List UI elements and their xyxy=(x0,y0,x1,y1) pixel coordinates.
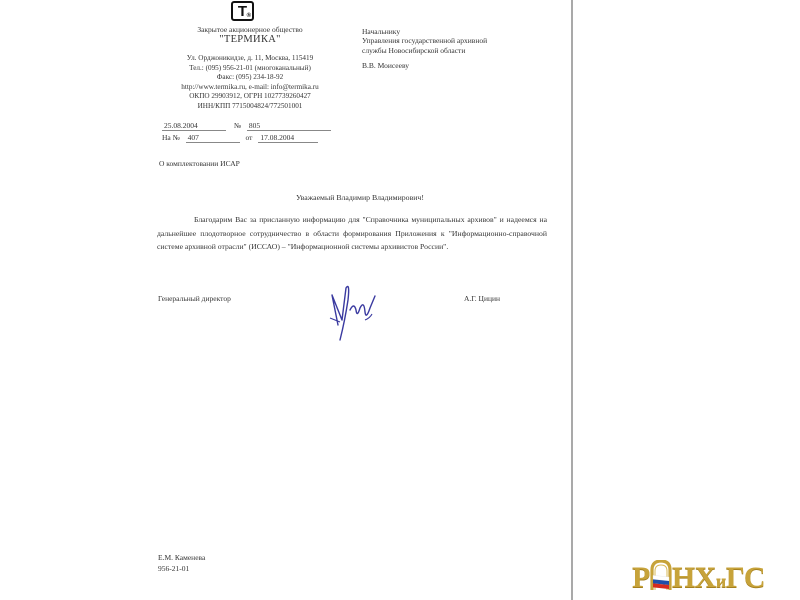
arch-flag-icon xyxy=(650,560,672,590)
company-type: Закрытое акционерное общество xyxy=(150,25,350,34)
recipient-name: В.В. Моисееву xyxy=(362,61,487,70)
ref-date-label: от xyxy=(246,133,253,142)
brand-letter-r: Р xyxy=(632,561,650,594)
letter-body-text: Благодарим Вас за присланную информацию … xyxy=(157,215,547,251)
ref-label: На № xyxy=(162,133,180,142)
letter-body: Благодарим Вас за присланную информацию … xyxy=(157,213,547,254)
outgoing-number: 805 xyxy=(247,121,331,131)
brand-letter-i: и xyxy=(716,571,726,591)
signer-name: А.Г. Цицин xyxy=(464,294,500,303)
address-line: Ул. Орджоникидзе, д. 11, Москва, 115419 xyxy=(150,54,350,64)
executor-phone: 956-21-01 xyxy=(158,564,205,575)
outgoing-registration: 25.08.2004 № 805 xyxy=(162,121,331,131)
executor-name: Е.М. Каменева xyxy=(158,553,205,564)
company-name: "ТЕРМИКА" xyxy=(150,34,350,46)
recipient-line: службы Новосибирской области xyxy=(362,46,487,55)
number-label: № xyxy=(234,121,241,130)
phone-line: Тел.: (095) 956-21-01 (многоканальный) xyxy=(150,64,350,74)
incoming-reference: На № 407 от 17.08.2004 xyxy=(162,133,318,143)
fax-line: Факс: (095) 234-18-92 xyxy=(150,73,350,83)
recipient-block: Начальнику Управления государственной ар… xyxy=(362,27,487,71)
company-logo: T ® xyxy=(231,1,254,21)
company-address-block: Ул. Орджоникидзе, д. 11, Москва, 115419 … xyxy=(150,54,350,112)
outgoing-date: 25.08.2004 xyxy=(162,121,226,131)
okpo-line: ОКПО 29903912, ОГРН 1027739260427 xyxy=(150,92,350,102)
brand-letters-gs: ГС xyxy=(726,561,765,594)
ranepa-logo: Р НХиГС xyxy=(632,560,765,598)
web-email-line: http://www.termika.ru, e-mail: info@term… xyxy=(150,83,350,93)
signer-title: Генеральный директор xyxy=(158,294,231,303)
inn-line: ИНН/КПП 7715004824/772501001 xyxy=(150,102,350,112)
letter-subject: О комплектовании ИСАР xyxy=(159,159,240,168)
page-divider xyxy=(571,0,573,600)
brand-letters-nh: НХ xyxy=(672,561,716,594)
recipient-line: Начальнику xyxy=(362,27,487,36)
handwritten-signature xyxy=(320,280,390,345)
recipient-line: Управления государственной архивной xyxy=(362,36,487,45)
ref-date: 17.08.2004 xyxy=(258,133,318,143)
letter-greeting: Уважаемый Владимир Владимирович! xyxy=(150,193,570,202)
ref-number: 407 xyxy=(186,133,240,143)
executor-block: Е.М. Каменева 956-21-01 xyxy=(158,553,205,574)
registered-mark-icon: ® xyxy=(247,13,251,19)
